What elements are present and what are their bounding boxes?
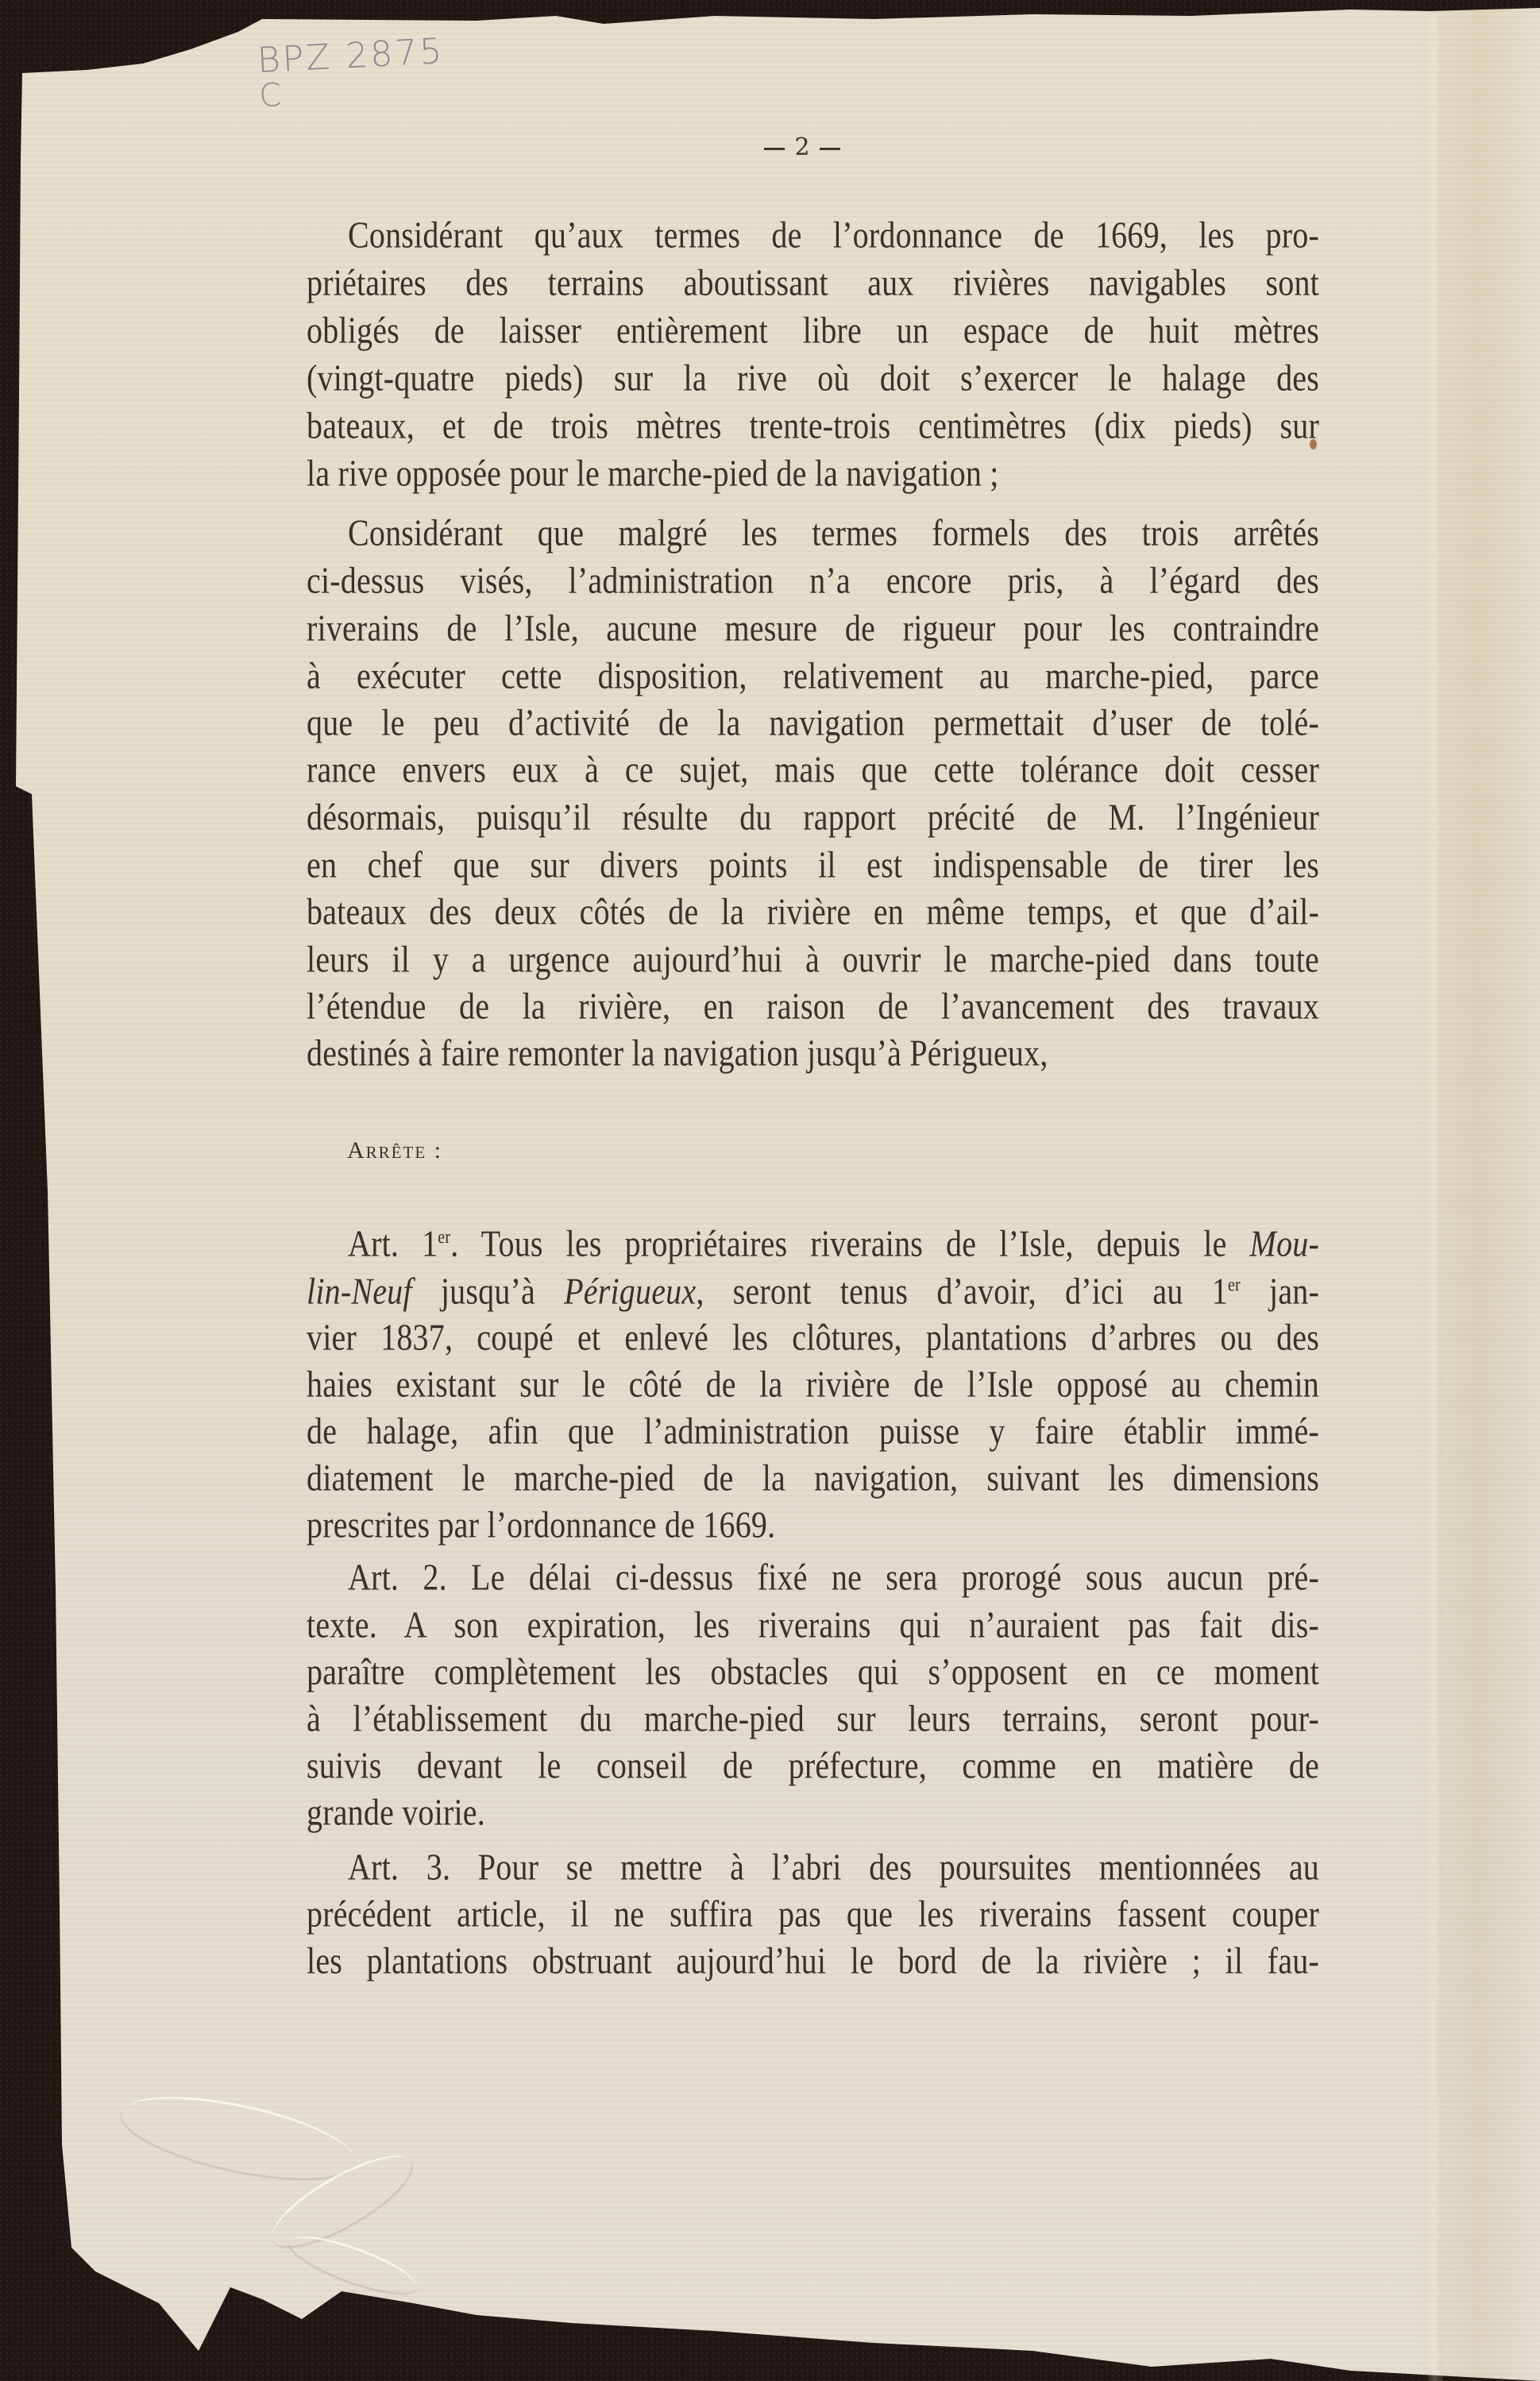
text-line: Considérant que malgré les termes formel… (348, 508, 1319, 557)
text-line: Considérant qu’aux termes de l’ordonnanc… (348, 210, 1319, 259)
dash-right (820, 148, 840, 150)
article-label: Art. 1 (348, 1222, 438, 1264)
decree-heading: Arrête : (347, 1137, 442, 1164)
superscript: er (1228, 1275, 1241, 1295)
text-line: (vingt-quatre pieds) sur la rive où doit… (307, 353, 1319, 402)
text-line: que le peu d’activité de la navigation p… (307, 698, 1319, 747)
text-line: destinés à faire remonter la navigation … (307, 1028, 1319, 1077)
italic-place-name: Mou- (1250, 1222, 1319, 1264)
text-line: obligés de laisser entièrement libre un … (307, 306, 1319, 354)
text-line: en chef que sur divers points il est ind… (307, 840, 1319, 889)
shelf-mark-annotation: BPZ 2875 C (257, 33, 447, 113)
article-2-line: texte. A son expiration, les riverains q… (307, 1600, 1319, 1649)
article-2-line: paraître complètement les obstacles qui … (307, 1647, 1319, 1696)
text-line: la rive opposée pour le marche-pied de l… (307, 449, 1319, 497)
text-line: bateaux, et de trois mètres trente-trois… (307, 401, 1319, 450)
text-line: à exécuter cette disposition, relativeme… (307, 651, 1319, 700)
article-1-line: lin-Neuf jusqu’à Périgueux, seront tenus… (307, 1267, 1319, 1315)
article-1-line: de halage, afin que l’administration pui… (307, 1407, 1319, 1455)
text-run: . Tous les propriétaires riverains de l’… (450, 1222, 1249, 1264)
text-run: , seront tenus d’avoir, d’ici au 1 (696, 1270, 1228, 1312)
text-line: ci-dessus visés, l’administration n’a en… (307, 556, 1319, 604)
text-run: jusqu’à (412, 1270, 564, 1312)
article-3-line: précédent article, il ne suffira pas que… (307, 1889, 1319, 1938)
article-1-line: prescrites par l’ordonnance de 1669. (307, 1500, 1319, 1549)
text-line: riverains de l’Isle, aucune mesure de ri… (307, 604, 1319, 652)
text-line: l’étendue de la rivière, en raison de l’… (307, 982, 1319, 1030)
text-line: leurs il y a urgence aujourd’hui à ouvri… (307, 935, 1319, 983)
superscript: er (438, 1227, 450, 1248)
article-1-line: diatement le marche-pied de la navigatio… (307, 1453, 1319, 1502)
article-2-line: grande voirie. (307, 1788, 1319, 1836)
italic-place-name: lin-Neuf (307, 1270, 412, 1312)
italic-place-name: Périgueux (564, 1270, 696, 1312)
article-1-line: Art. 1er. Tous les propriétaires riverai… (348, 1219, 1319, 1268)
article-2-line: Art. 2. Le délai ci-dessus fixé ne sera … (348, 1553, 1319, 1601)
text-line: rance envers eux à ce sujet, mais que ce… (307, 745, 1319, 793)
text-line: désormais, puisqu’il résulte du rapport … (307, 793, 1319, 841)
article-2-line: suivis devant le conseil de préfecture, … (307, 1741, 1319, 1789)
article-1-line: haies existant sur le côté de la rivière… (307, 1360, 1319, 1408)
article-3-line: les plantations obstruant aujourd’hui le… (307, 1936, 1319, 1985)
page-number: 2 (0, 133, 1540, 161)
dash-left (764, 148, 785, 150)
text-line: priétaires des terrains aboutissant aux … (307, 258, 1319, 307)
article-3-line: Art. 3. Pour se mettre à l’abri des pour… (348, 1843, 1319, 1891)
text-run: jan- (1241, 1270, 1319, 1312)
page-number-value: 2 (794, 133, 809, 161)
paper-fold-line (1426, 16, 1443, 2381)
text-line: bateaux des deux côtés de la rivière en … (307, 887, 1319, 936)
article-1-line: vier 1837, coupé et enlevé les clôtures,… (307, 1313, 1319, 1361)
article-2-line: à l’établissement du marche-pied sur leu… (307, 1694, 1319, 1742)
